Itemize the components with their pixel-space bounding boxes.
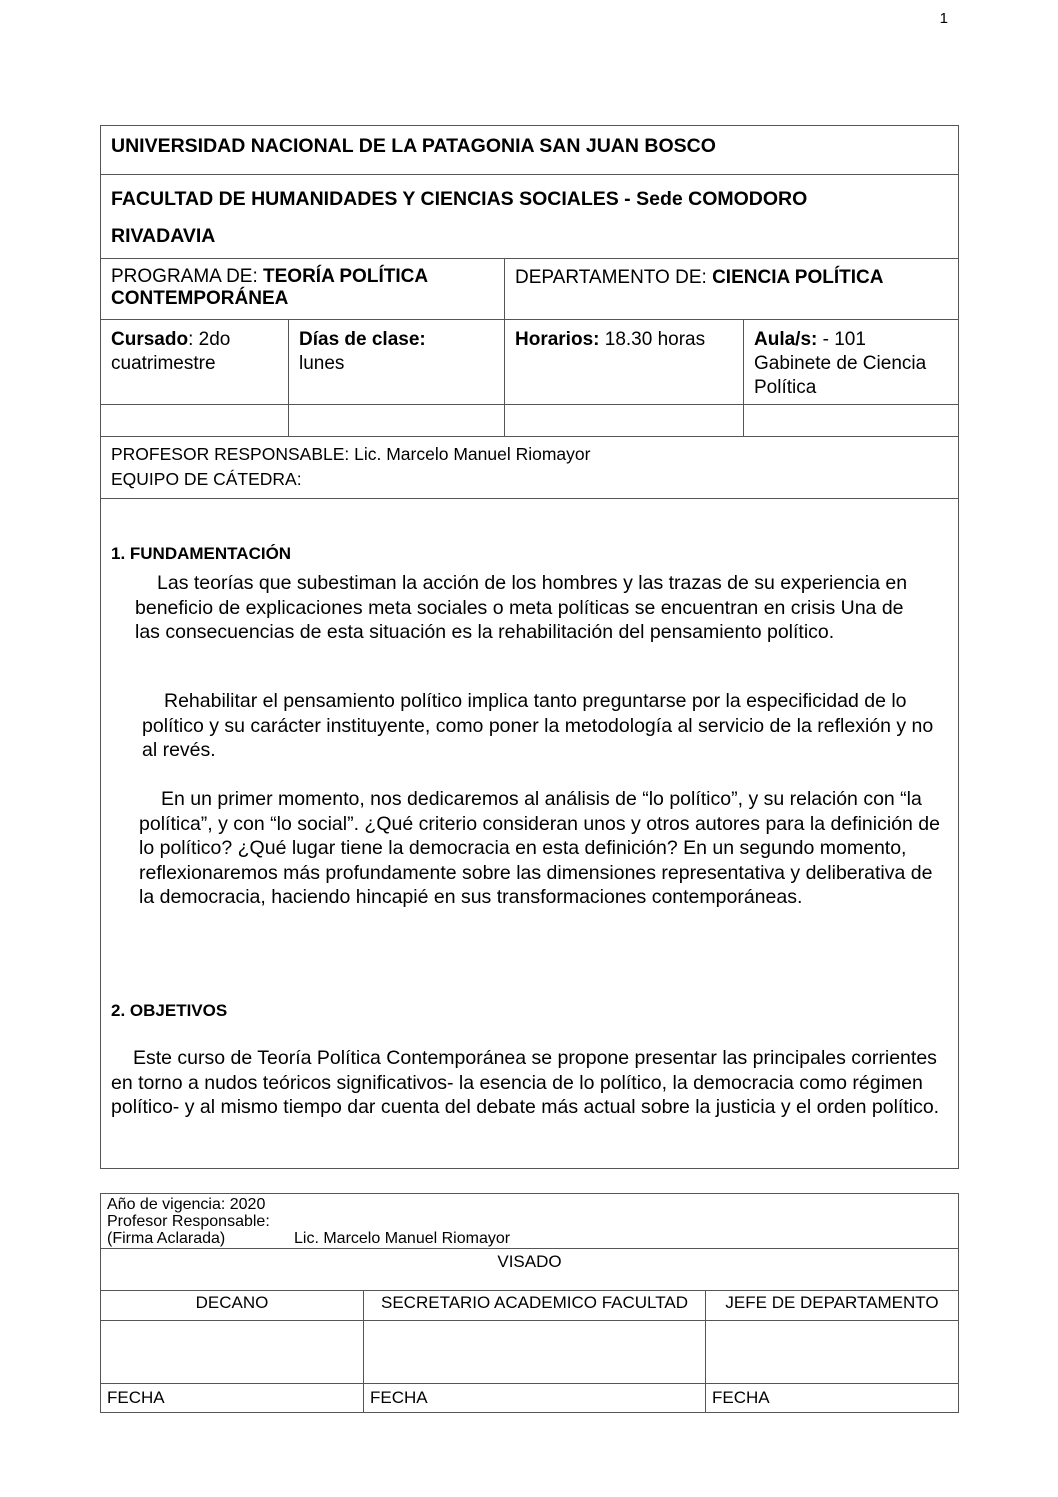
horarios-cell: Horarios: 18.30 horas [505, 320, 744, 404]
aula-value: - 101 [817, 329, 866, 350]
profesor-responsable-label: Profesor Responsable: [107, 1213, 270, 1230]
page-number: 1 [940, 10, 948, 27]
firma-name: Lic. Marcelo Manuel Riomayor [294, 1230, 510, 1247]
fecha-row: FECHA FECHA FECHA [101, 1383, 958, 1412]
staff-row: PROFESOR RESPONSABLE: Lic. Marcelo Manue… [101, 437, 958, 499]
faculty-row: FACULTAD DE HUMANIDADES Y CIENCIAS SOCIA… [101, 175, 958, 259]
visado-row: VISADO [101, 1248, 958, 1290]
cursado-label: Cursado [111, 329, 188, 350]
profesor-responsable: PROFESOR RESPONSABLE: Lic. Marcelo Manue… [111, 442, 948, 467]
jefe-fecha: FECHA [706, 1384, 958, 1412]
vigencia: Año de vigencia: 2020 [107, 1196, 265, 1213]
programa-value: TEORÍA POLÍTICA [263, 266, 428, 287]
aula-value-2: Gabinete de Ciencia [754, 353, 926, 374]
signers-header-row: DECANO SECRETARIO ACADEMICO FACULTAD JEF… [101, 1290, 958, 1320]
horarios-label: Horarios: [515, 329, 599, 350]
jefe-departamento-header: JEFE DE DEPARTAMENTO [706, 1291, 958, 1320]
empty-row [101, 405, 958, 437]
empty-cell [101, 405, 289, 436]
secretario-fecha: FECHA [364, 1384, 706, 1412]
empty-cell [744, 405, 958, 436]
decano-signature-space [101, 1321, 364, 1383]
faculty-line-1: FACULTAD DE HUMANIDADES Y CIENCIAS SOCIA… [111, 181, 948, 218]
equipo-catedra: EQUIPO DE CÁTEDRA: [111, 467, 948, 492]
section-title-fundamentacion: 1. FUNDAMENTACIÓN [111, 544, 291, 564]
aula-value-3: Política [754, 377, 816, 398]
section-title-objetivos: 2. OBJETIVOS [111, 1001, 227, 1021]
program-header-table: UNIVERSIDAD NACIONAL DE LA PATAGONIA SAN… [100, 125, 959, 1169]
firma-aclarada-label: (Firma Aclarada) [107, 1230, 225, 1247]
aula-label: Aula/s: [754, 329, 817, 350]
secretario-header: SECRETARIO ACADEMICO FACULTAD [364, 1291, 706, 1320]
programa-row: PROGRAMA DE: TEORÍA POLÍTICA CONTEMPORÁN… [101, 259, 958, 320]
departamento-value: CIENCIA POLÍTICA [712, 267, 883, 288]
visado-label: VISADO [101, 1249, 958, 1290]
jefe-signature-space [706, 1321, 958, 1383]
fundamentacion-paragraph-2: Rehabilitar el pensamiento político impl… [142, 689, 942, 763]
secretario-signature-space [364, 1321, 706, 1383]
staff-cell: PROFESOR RESPONSABLE: Lic. Marcelo Manue… [101, 437, 958, 498]
dias-value: lunes [299, 353, 344, 374]
cursado-cell: Cursado: 2do cuatrimestre [101, 320, 289, 404]
programa-value-cont: CONTEMPORÁNEA [111, 288, 288, 309]
cursado-value: : 2do [188, 329, 230, 350]
faculty-name: FACULTAD DE HUMANIDADES Y CIENCIAS SOCIA… [101, 175, 958, 258]
empty-cell [289, 405, 505, 436]
faculty-line-2: RIVADAVIA [111, 218, 948, 255]
university-row: UNIVERSIDAD NACIONAL DE LA PATAGONIA SAN… [101, 126, 958, 175]
signature-table: Año de vigencia: 2020 Profesor Responsab… [100, 1193, 959, 1413]
programa-cell: PROGRAMA DE: TEORÍA POLÍTICA CONTEMPORÁN… [101, 259, 505, 319]
university-name: UNIVERSIDAD NACIONAL DE LA PATAGONIA SAN… [101, 126, 958, 174]
objetivos-paragraph-1: Este curso de Teoría Política Contemporá… [111, 1046, 951, 1120]
cursado-value-cont: cuatrimestre [111, 353, 216, 374]
departamento-cell: DEPARTAMENTO DE: CIENCIA POLÍTICA [505, 259, 958, 319]
programa-label: PROGRAMA DE: [111, 266, 263, 287]
horarios-value: 18.30 horas [599, 329, 705, 350]
dias-label: Días de clase: [299, 329, 426, 350]
signature-space-row [101, 1320, 958, 1383]
aula-cell: Aula/s: - 101 Gabinete de Ciencia Políti… [744, 320, 958, 404]
dias-cell: Días de clase: lunes [289, 320, 505, 404]
departamento-label: DEPARTAMENTO DE: [515, 267, 712, 288]
fundamentacion-paragraph-1: Las teorías que subestiman la acción de … [135, 571, 915, 645]
decano-header: DECANO [101, 1291, 364, 1320]
empty-cell [505, 405, 744, 436]
decano-fecha: FECHA [101, 1384, 364, 1412]
course-info-row: Cursado: 2do cuatrimestre Días de clase:… [101, 320, 958, 405]
fundamentacion-paragraph-3: En un primer momento, nos dedicaremos al… [139, 787, 944, 910]
